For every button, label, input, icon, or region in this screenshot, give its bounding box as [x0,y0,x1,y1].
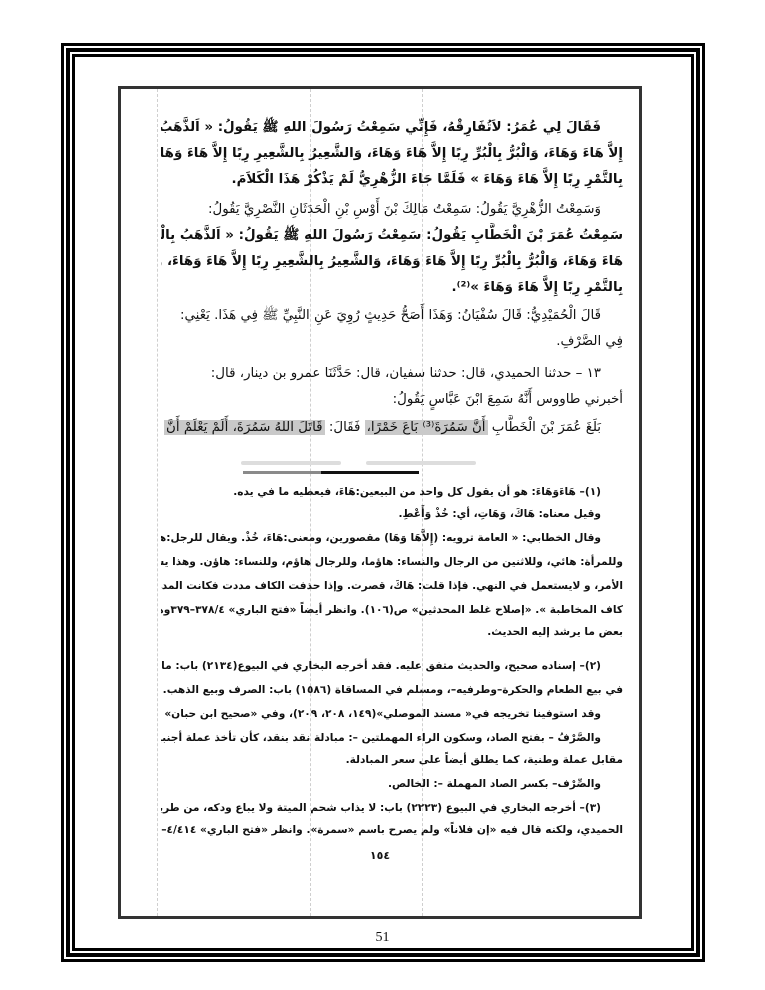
scan-shadow [366,461,476,465]
main-text-line: بِالتَّمْرِ رِبًا إِلاَّ هَاءَ وَهَاءَ »… [161,167,623,193]
footnote-line: والصِّرْف– بكسر الصاد المهملة –: الخالص. [161,773,623,795]
footnote-line: مقابل عملة وطنية، كما يطلق أيضاً على سعر… [161,749,623,771]
highlighted-phrase: قَاتَلَ اللهُ سَمُرَةَ، أَلَمْ يَعْلَمْ … [164,420,325,435]
hadith-number-line: ١٣ – حدثنا الحميدي، قال: حدثنا سفيان، قا… [161,361,623,387]
text-middle: فَقَالَ: [329,420,361,435]
footnote-separator [321,471,419,474]
footnote-line: (١)– هَاءَوَهَاءَ: هو أن يقول كل واحد من… [161,481,623,503]
main-text-line: أخبرني طاووس أَنَّهُ سَمِعَ ابْنَ عَبَّا… [161,387,623,413]
footnote-line: بعض ما يرشد إليه الحديث. [161,621,623,643]
footnote-line: كاف المخاطبة ». «إصلاح غلط المحدثين» ص(١… [161,599,623,621]
scan-artifact-line [157,89,158,916]
highlighted-text-line: بَلَغَ عُمَرَ بْنَ الْخَطَّابِ أَنَّ سَم… [161,415,623,441]
footnote-line: وقد استوفينا تخريجه في« مسند الموصلي»(١٤… [161,703,623,725]
main-text-line: سَمِعْتُ عُمَرَ بْنَ الْخَطَّابِ يَقُولُ… [161,223,623,249]
scan-page-number: ١٥٤ [121,849,639,862]
scanned-book-page: فَقَالَ لِي عُمَرُ: لاَتُفَارِقْهُ، فَإِ… [118,86,642,919]
main-text-line: فَقَالَ لِي عُمَرُ: لاَتُفَارِقْهُ، فَإِ… [161,115,623,141]
footnote-line: في بيع الطعام والحكرة–وطرفيه–، ومسلم في … [161,679,623,701]
footnote-line: والصَّرْفُ – بفتح الصاد، وسكون الراء الم… [161,727,623,749]
page-number: 51 [0,930,765,946]
footnote-line: الأمر، و لايستعمل في النهي. فإذا قلت: هَ… [161,575,623,597]
text-before: بَلَغَ عُمَرَ بْنَ الْخَطَّابِ [492,420,601,435]
footnote-line: (٣)– أخرجه البخاري في البيوع (٢٢٢٣) باب:… [161,797,623,819]
footnote-line: الحميدي، ولكنه قال فيه «إن فلاناً» ولم ي… [161,819,623,841]
scan-shadow [241,461,341,465]
main-text-line: وَسَمِعْتُ الزُّهْرِيَّ يَقُولُ: سَمِعْت… [161,197,623,223]
footnote-line: وللمرأة: هائي، وللاثنين من الرجال والنسا… [161,551,623,573]
footnote-line: (٢)– إسناده صحيح، والحديث متفق عليه. فقد… [161,655,623,677]
footnote-line: وقيل معناه: هَاكَ، وَهَاتِ، أي: خُذْ وَأ… [161,503,623,525]
main-text-line: هَاءَ وَهَاءَ، وَالْبُرُّ بِالْبُرِّ رِب… [161,249,623,275]
main-text-line: بِالتَّمْرِ رِبًا إِلاَّ هَاءَ وَهَاءَ »… [161,275,623,301]
highlighted-phrase: أَنَّ سَمُرَةَ⁽³⁾ بَاعَ خَمْرًا، [365,420,488,435]
main-text-line: إِلاَّ هَاءَ وَهَاءَ، وَالْبُرُّ بِالْبُ… [161,141,623,167]
main-text-line: قَالَ الْحُمَيْدِيُّ: قَالَ سُفْيَانُ: و… [161,303,623,329]
main-text-line: فِي الصَّرْفِ. [161,329,623,355]
footnote-separator [243,471,321,474]
footnote-line: وقال الخطابي: « العامة ترويه: (إِلاَّهَا… [161,527,623,549]
